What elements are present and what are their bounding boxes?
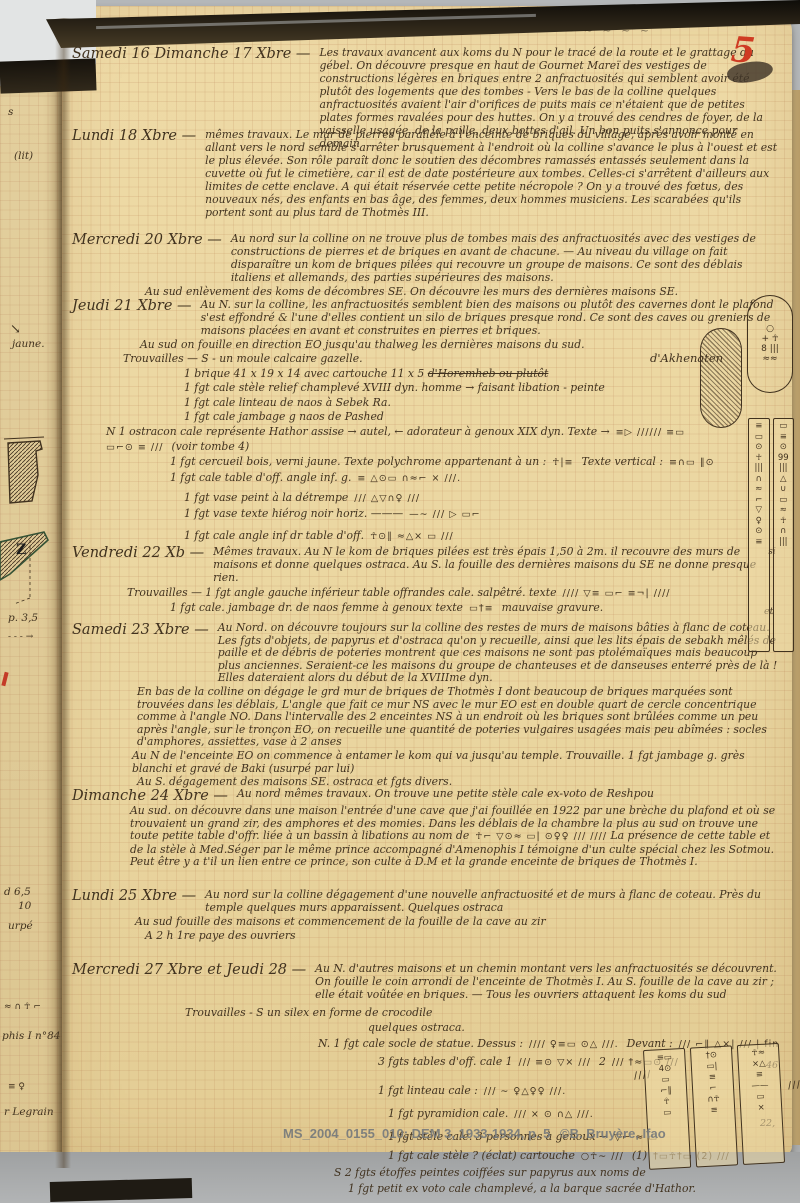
hieroglyph-sketch: ▭†≡ — [469, 603, 494, 614]
entry-date: Lundi 25 Xbre — — [72, 888, 196, 904]
entry-text: Au nord mêmes travaux. On trouve une pet… — [237, 788, 660, 801]
hieroglyph-sketch: /// × ⊙ ∩△ ///. — [514, 1109, 593, 1120]
trouvaille-item: 1 fgt cale angle inf dr table d'off.☥⊙∥ … — [184, 529, 786, 544]
hieroglyph-sketch: /// ≡⊙ ▽× /// — [519, 1057, 591, 1068]
entry-text: mêmes travaux. Le mur de pierres parallè… — [205, 128, 786, 219]
arrow-icon: ↘ — [10, 322, 21, 337]
trouvaille-item: 1 fgt petit ex voto cale champlevé, a la… — [348, 1182, 786, 1196]
margin-fragment: jaune. — [12, 338, 45, 350]
entry-date: Mercredi 20 Xbre — — [72, 232, 222, 248]
entry-text: Au N de l'enceinte EO on commence à enta… — [132, 750, 786, 775]
trouvaille-item: 1 fgt cale. jambage dr. de naos femme à … — [170, 601, 786, 616]
trouvaille-item: 1 fgt vase texte hiérog noir horiz. ————… — [184, 507, 786, 522]
margin-fragment: 10 — [18, 900, 31, 912]
cropped-top-writing: ~ ~ ~ ~ ~ — [565, 24, 652, 37]
hieroglyph-sketch: —∼ /// ▷ ▭⌐ — [409, 509, 480, 520]
trouvaille-item: Trouvailles — 1 fgt angle gauche inférie… — [127, 586, 786, 601]
entry-text: Au N. d'autres maisons et un chemin mont… — [315, 962, 786, 1001]
hieroglyph-column: ≡ ▭ ⊙ ☥ ||| ∩ ≈ ⌐ ▽ ♀ ⊙ ≡ — [748, 418, 770, 652]
margin-fragment: r Legrain — [4, 1106, 54, 1118]
entry-text: Au sud fouille des maisons et commenceme… — [135, 915, 786, 928]
journal-entry: Samedi 23 Xbre — Au Nord. on découvre to… — [72, 622, 786, 789]
hieroglyph-panel: ☥≈ ×△ ≡ —— ▭ × — [737, 1043, 785, 1165]
scanned-journal-page: { "page": { "number": "5", "footer_left"… — [0, 0, 800, 1203]
trouvaille-item: 1 fgt cale table d'off. angle inf. g.≡ △… — [170, 471, 786, 486]
struck-text: d'Horemheb ou plutôt — [428, 367, 549, 380]
journal-entry: Dimanche 24 Xbre — Au nord mêmes travaux… — [72, 788, 786, 869]
hieroglyph-sketch: /// △▽∩♀ /// — [354, 493, 420, 504]
hieroglyph-sketch: ≡∩▭ ∥⊙ — [669, 457, 715, 468]
margin-fragment: urpé — [8, 920, 33, 932]
trouvaille-item: 1 fgt vase peint à la détrempe/// △▽∩♀ /… — [184, 491, 786, 506]
margin-fragment: p. 3,5 — [8, 612, 38, 624]
entry-text: Au Nord. on découvre toujours sur la col… — [218, 622, 786, 685]
cartouche-label: d'Akhenaten — [650, 351, 723, 365]
entry-date: Dimanche 24 Xbre — — [72, 788, 228, 804]
trouvaille-item: ▭⌐⊙ ≡ ///(voir tombe 4) — [106, 440, 786, 455]
svg-text:Z: Z — [16, 542, 26, 558]
gutter-shadow — [55, 18, 71, 1168]
watermark-right: ©B. Bruyère, Ifao — [560, 1126, 666, 1141]
margin-fragment: (lit) — [14, 150, 33, 162]
entry-date: Samedi 16 Dimanche 17 Xbre — — [72, 46, 310, 62]
hieroglyph-column: ▭ ≡ ⊙ 99 ||| △ ∪ ▭ ≈ ☥ ∩ ||| — [773, 418, 795, 652]
margin-fragment: s — [8, 106, 13, 118]
entry-text: Au nord sur la colline on ne trouve plus… — [231, 232, 786, 284]
watermark-left: MS_2004_0155_010: DEM 3, 1933-1934, p. 5 — [283, 1126, 550, 1141]
cartouche-akhenaten-sketch: ○ + ☥ 8 ||| ≈≈ — [747, 295, 793, 393]
margin-sketch-fragment — [2, 435, 46, 513]
entry-text: Mêmes travaux. Au N le kom de briques pi… — [213, 545, 786, 584]
trouvaille-item: 1 brique 41 x 19 x 14 avec cartouche 11 … — [184, 367, 786, 381]
hieroglyph-sketch: //// ♀≡▭ ⊙△ ///. — [529, 1039, 619, 1050]
hieroglyph-sketch: //// ▽≡ ▭⌐ ≡¬| //// — [563, 588, 671, 599]
journal-entry: Jeudi 21 Xbre — Au N. sur la colline, le… — [72, 298, 786, 544]
hieroglyph-sketch: /// ∼ ♀△♀♀ ///. — [484, 1086, 566, 1097]
entry-date: Samedi 23 Xbre — — [72, 622, 209, 638]
entry-text: Au sud on fouille en direction EO jusqu'… — [140, 338, 786, 351]
hieroglyph-sketch: ☥⊙∥ ≈△× ▭ /// — [370, 531, 454, 542]
entry-text: Au sud. on découvre dans une maison l'en… — [130, 805, 786, 869]
margin-dashed-arrow: - - - → — [8, 632, 33, 642]
hieroglyph-sketch: ☥|≡ — [552, 457, 573, 468]
entry-date: Mercredi 27 Xbre et Jeudi 28 — — [72, 962, 306, 978]
hieroglyph-sketch: ≡▷ ////// ≡▭ — [616, 427, 685, 438]
margin-sketch-z: Z — [0, 528, 50, 608]
cartouche-hatched-sketch — [700, 328, 742, 428]
trouvaille-item: 1 fgt cale stèle relief champlevé XVIII … — [184, 381, 786, 395]
trouvaille-item: S 2 fgts étoffes peintes coiffées sur pa… — [334, 1166, 786, 1180]
hatch-marks: /// — [787, 1079, 800, 1091]
entry-date: Jeudi 21 Xbre — — [72, 298, 192, 314]
hieroglyph-sketch: ○☥∼ /// — [581, 1151, 624, 1162]
margin-fragment: d 6,5 — [4, 886, 31, 898]
entry-text: Au N. sur la colline, les anfractuosités… — [201, 298, 786, 337]
hieroglyph-sketch: ≡ △⊙▭ ∩≈⌐ × ///. — [357, 473, 461, 484]
trouvailles-heading: Trouvailles - S un silex en forme de cro… — [185, 1006, 786, 1020]
entry-text: A 2 h 1re paye des ouvriers — [145, 929, 786, 942]
hieroglyph-sketch: ▭⌐⊙ ≡ /// — [106, 442, 164, 453]
hieroglyph-panel: ≡▭ 4⊙ ▭ ⌐∥ ☥ ▭ — [643, 1048, 691, 1170]
journal-entry: Lundi 18 Xbre — mêmes travaux. Le mur de… — [72, 128, 786, 219]
margin-hieroglyph-fragment: ≡ ♀ — [8, 1082, 25, 1092]
trouvaille-item: 1 fgt cale jambage g naos de Pashed — [184, 410, 786, 424]
journal-entry: Mercredi 20 Xbre — Au nord sur la collin… — [72, 232, 786, 298]
hieroglyph-columns: ≡ ▭ ⊙ ☥ ||| ∩ ≈ ⌐ ▽ ♀ ⊙ ≡ ▭ ≡ ⊙ 99 ||| △… — [748, 418, 794, 652]
trouvaille-item: N 1 ostracon cale représente Hathor assi… — [106, 425, 786, 440]
hieroglyph-panel: †⊙ ▭| ≡ ⌐ ∩☥ ≡ — [690, 1045, 738, 1167]
journal-entry: Lundi 25 Xbre — Au nord sur la colline d… — [72, 888, 786, 942]
entry-date: Vendredi 22 Xb — — [72, 545, 204, 561]
trouvaille-item: 1 fgt cale linteau de naos à Sebek Ra. — [184, 396, 786, 410]
hieroglyph-panels: ≡▭ 4⊙ ▭ ⌐∥ ☥ ▭ †⊙ ▭| ≡ ⌐ ∩☥ ≡ ☥≈ ×△ ≡ ——… — [643, 1042, 800, 1170]
margin-fragment: phis I n°84 — [2, 1030, 60, 1042]
hieroglyph-sketch: ☥⌐ ▽⊙≈ ▭| ⊙♀♀ /// //// — [475, 831, 607, 842]
trouvaille-item: quelques ostraca. — [368, 1021, 786, 1035]
journal-entry: Vendredi 22 Xb — Mêmes travaux. Au N le … — [72, 545, 786, 617]
entry-text: Au nord sur la colline dégagement d'une … — [205, 888, 786, 914]
entry-text: Au sud enlèvement des koms de décombres … — [145, 285, 786, 298]
entry-text: En bas de la colline on dégage le grd mu… — [137, 686, 786, 749]
entry-date: Lundi 18 Xbre — — [72, 128, 196, 144]
trouvaille-item: 1 fgt cercueil bois, verni jaune. Texte … — [170, 455, 786, 470]
margin-hieroglyph-fragment: ≈ ∩ ☥ ⌐ — [4, 1002, 41, 1012]
